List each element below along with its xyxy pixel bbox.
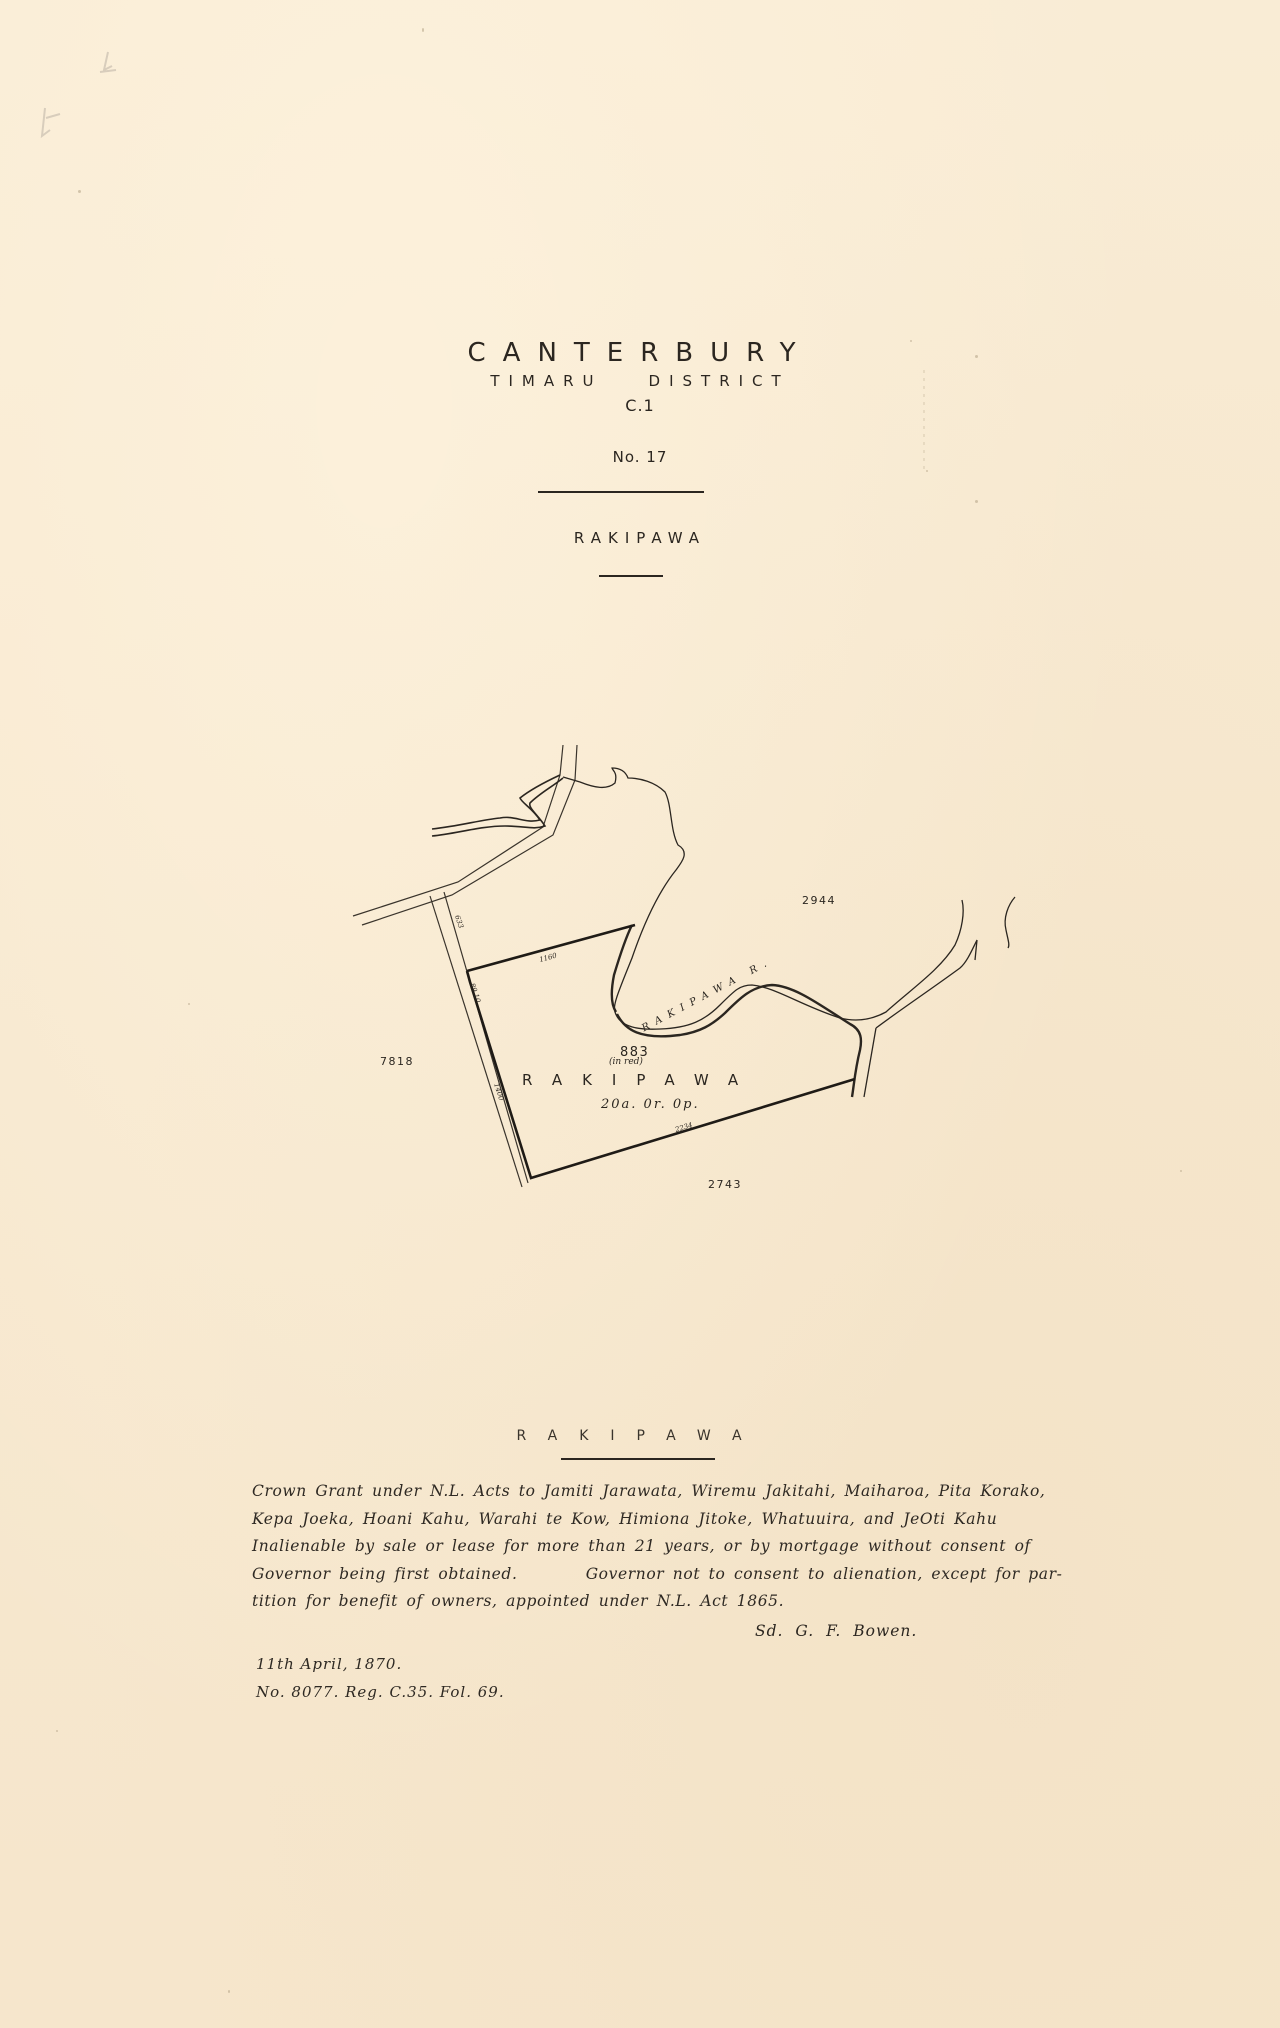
memorandum-line: Governor being first obtained. Governor … [252, 1561, 1052, 1589]
boundary-length-road: 633 [453, 914, 465, 930]
adjacent-section-7818: 7818 [380, 1055, 414, 1068]
boundary-length-short: 89.10 [468, 982, 482, 1004]
adjacent-section-2944: 2944 [802, 894, 836, 907]
memorandum-title: RAKIPAWA [0, 1428, 1280, 1444]
survey-plan-map: 2944 7818 2743 883 (in red) RAKIPAWA 20a… [0, 0, 1280, 2028]
grant-date: 11th April, 1870. [256, 1655, 402, 1673]
memorandum-line: Crown Grant under N.L. Acts to Jamiti Ja… [252, 1478, 1052, 1506]
memorandum-text: Crown Grant under N.L. Acts to Jamiti Ja… [252, 1478, 1052, 1616]
river-label: RAKIPAWA R. [639, 956, 775, 1035]
parcel-area: 20a. 0r. 0p. [600, 1097, 700, 1112]
road [353, 745, 577, 1187]
adjacent-section-2743: 2743 [708, 1178, 742, 1191]
memorandum-line: tition for benefit of owners, appointed … [252, 1588, 1052, 1616]
memorandum-line: Inalienable by sale or lease for more th… [252, 1533, 1052, 1561]
memorandum-title-rule [561, 1458, 715, 1460]
registration-reference: No. 8077. Reg. C.35. Fol. 69. [256, 1683, 505, 1701]
governor-signature: Sd. G. F. Bowen. [755, 1622, 917, 1640]
parcel-name: RAKIPAWA [522, 1071, 758, 1089]
creek-upper [432, 775, 563, 836]
section-note: (in red) [609, 1056, 643, 1067]
boundary-length-north: 1160 [538, 951, 558, 963]
memorandum-line: Kepa Joeka, Hoani Kahu, Warahi te Kow, H… [252, 1506, 1052, 1534]
parcel-boundary [467, 925, 855, 1178]
